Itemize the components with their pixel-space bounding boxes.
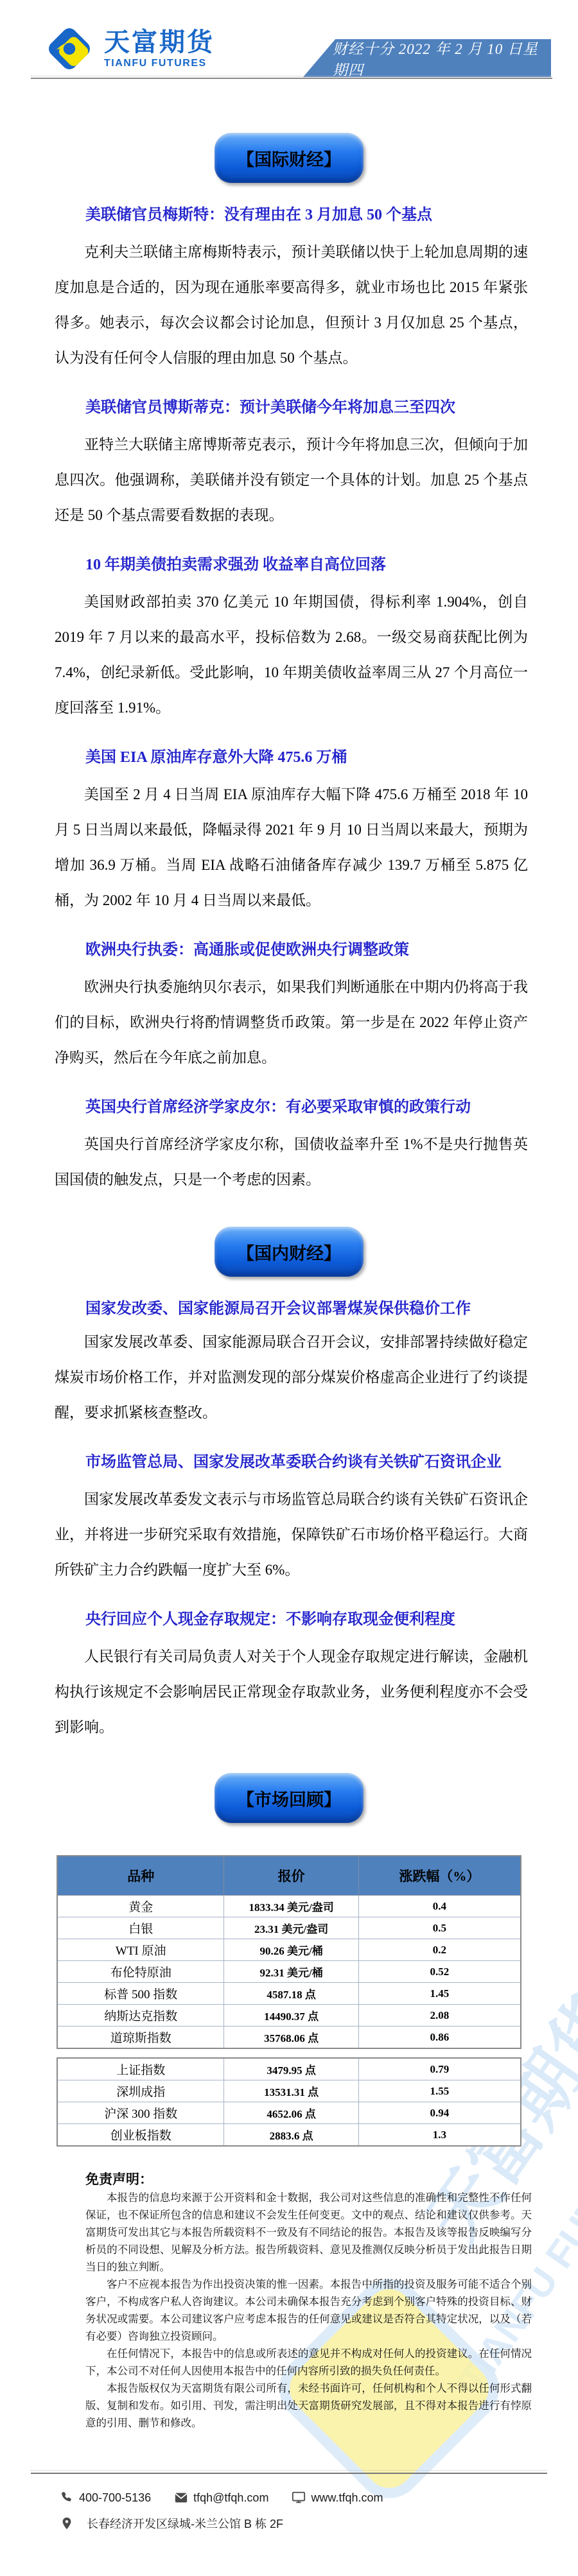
change: 0.4 [358, 1896, 521, 1917]
story-headline: 市场监管总局、国家发展改革委联合约谈有关铁矿石资讯企业 [55, 1449, 528, 1475]
issue-date-banner: 财经十分 2022 年 2 月 10 日星期四 [303, 39, 551, 77]
footer-divider [31, 2470, 547, 2474]
quote: 3479.95 点 [224, 2058, 358, 2080]
table-row: 纳斯达克指数 14490.37 点 2.08 [57, 2005, 521, 2027]
story-body: 亚特兰大联储主席博斯蒂克表示，预计今年将加息三次，但倾向于加息四次。他强调称，美… [55, 427, 528, 533]
story-body: 克利夫兰联储主席梅斯特表示，预计美联储以快于上轮加息周期的速度加息是合适的，因为… [55, 234, 528, 376]
change: 0.79 [358, 2058, 521, 2080]
newsletter-page: 天富期货 TIANFU FUTURES 天富期货 TIANFU FUTURES … [0, 0, 578, 2576]
section-market-review: 【市场回顾】 [215, 1773, 363, 1823]
story-domestic-1: 国家发改委、国家能源局召开会议部署煤炭保供稳价工作 国家发展改革委、国家能源局联… [55, 1296, 528, 1430]
section-intl-finance: 【国际财经】 [215, 133, 363, 183]
change: 0.5 [358, 1917, 521, 1939]
tianfu-logo-icon [42, 22, 96, 76]
disclaimer-title: 免责声明： [85, 2170, 532, 2189]
disclaimer-paragraph: 本报告版权仅为天富期货有限公司所有，未经书面许可，任何机构和个人不得以任何形式翻… [85, 2380, 532, 2432]
footer-email: tfqh@tfqh.com [174, 2491, 268, 2505]
footer-email-text: tfqh@tfqh.com [193, 2491, 268, 2505]
story-intl-1: 美联储官员梅斯特：没有理由在 3 月加息 50 个基点 克利夫兰联储主席梅斯特表… [55, 202, 528, 376]
story-headline: 央行回应个人现金存取规定：不影响存取现金便利程度 [55, 1607, 528, 1632]
header: 天富期货 TIANFU FUTURES 财经十分 2022 年 2 月 10 日… [0, 0, 578, 80]
section-domestic-finance: 【国内财经】 [215, 1227, 363, 1277]
change: 1.45 [358, 1983, 521, 2005]
table-row: 沪深 300 指数 4652.06 点 0.94 [57, 2102, 521, 2124]
table-header-row: 品种 报价 涨跌幅（%） [57, 1856, 521, 1896]
market-table-china: 上证指数 3479.95 点 0.79 深圳成指 13531.31 点 1.55… [57, 2057, 521, 2147]
quote: 4652.06 点 [224, 2102, 358, 2124]
footer-website: www.tfqh.com [292, 2491, 383, 2505]
variety: WTI 原油 [57, 1939, 224, 1961]
story-intl-4: 美国 EIA 原油库存意外大降 475.6 万桶 美国至 2 月 4 日当周 E… [55, 745, 528, 918]
change: 1.55 [358, 2080, 521, 2102]
col-header-change: 涨跌幅（%） [358, 1856, 521, 1896]
monitor-icon [292, 2491, 306, 2505]
col-header-quote: 报价 [224, 1856, 358, 1896]
table-row: 黄金 1833.34 美元/盎司 0.4 [57, 1896, 521, 1917]
table-row: 上证指数 3479.95 点 0.79 [57, 2058, 521, 2080]
footer-contacts: 400-700-5136 tfqh@tfqh.com www.tfqh.com [60, 2491, 547, 2505]
quote: 4587.18 点 [224, 1983, 358, 2005]
footer-website-text: www.tfqh.com [311, 2491, 383, 2505]
story-body: 美国至 2 月 4 日当周 EIA 原油库存大幅下降 475.6 万桶至 201… [55, 777, 528, 918]
quote: 35768.06 点 [224, 2027, 358, 2049]
table-row: 标普 500 指数 4587.18 点 1.45 [57, 1983, 521, 2005]
quote: 2883.6 点 [224, 2124, 358, 2147]
variety: 黄金 [57, 1896, 224, 1917]
quote: 92.31 美元/桶 [224, 1961, 358, 1983]
quote: 23.31 美元/盎司 [224, 1917, 358, 1939]
story-body: 美国财政部拍卖 370 亿美元 10 年期国债，得标利率 1.904%，创自 2… [55, 584, 528, 725]
market-table-global: 品种 报价 涨跌幅（%） 黄金 1833.34 美元/盎司 0.4 白银 23.… [57, 1855, 521, 2049]
story-headline: 英国央行首席经济学家皮尔：有必要采取审慎的政策行动 [55, 1094, 528, 1120]
logo-name-cn: 天富期货 [104, 30, 215, 55]
table-row: 创业板指数 2883.6 点 1.3 [57, 2124, 521, 2147]
footer: 400-700-5136 tfqh@tfqh.com www.tfqh.com [31, 2470, 547, 2532]
table-row: 深圳成指 13531.31 点 1.55 [57, 2080, 521, 2102]
company-logo: 天富期货 TIANFU FUTURES [42, 22, 215, 76]
story-headline: 美联储官员博斯蒂克：预计美联储今年将加息三至四次 [55, 395, 528, 420]
change: 0.86 [358, 2027, 521, 2049]
table-row: 白银 23.31 美元/盎司 0.5 [57, 1917, 521, 1939]
quote: 14490.37 点 [224, 2005, 358, 2027]
footer-address-text: 长春经济开发区绿城-米兰公馆 B 栋 2F [87, 2515, 283, 2532]
story-intl-5: 欧洲央行执委：高通胀或促使欧洲央行调整政策 欧洲央行执委施纳贝尔表示，如果我们判… [55, 937, 528, 1075]
footer-phone-text: 400-700-5136 [79, 2491, 151, 2505]
story-domestic-2: 市场监管总局、国家发展改革委联合约谈有关铁矿石资讯企业 国家发展改革委发文表示与… [55, 1449, 528, 1587]
disclaimer-paragraph: 客户不应视本报告为作出投资决策的惟一因素。本报告中所指的投资及服务可能不适合个别… [85, 2276, 532, 2345]
table-row: WTI 原油 90.26 美元/桶 0.2 [57, 1939, 521, 1961]
envelope-icon [174, 2491, 188, 2505]
story-body: 国家发展改革委发文表示与市场监管总局联合约谈有关铁矿石资讯企业，并将进一步研究采… [55, 1482, 528, 1587]
variety: 沪深 300 指数 [57, 2102, 224, 2124]
variety: 上证指数 [57, 2058, 224, 2080]
disclaimer-paragraph: 本报告的信息均来源于公开资料和金十数据，我公司对这些信息的准确性和完整性不作任何… [85, 2189, 532, 2276]
disclaimer-paragraph: 在任何情况下，本报告中的信息或所表述的意见并不构成对任何人的投资建议。在任何情况… [85, 2345, 532, 2380]
story-intl-3: 10 年期美债拍卖需求强劲 收益率自高位回落 美国财政部拍卖 370 亿美元 1… [55, 552, 528, 725]
variety: 创业板指数 [57, 2124, 224, 2147]
story-headline: 欧洲央行执委：高通胀或促使欧洲央行调整政策 [55, 937, 528, 963]
quote: 1833.34 美元/盎司 [224, 1896, 358, 1917]
change: 1.3 [358, 2124, 521, 2147]
change: 2.08 [358, 2005, 521, 2027]
logo-name-en: TIANFU FUTURES [104, 58, 215, 69]
quote: 90.26 美元/桶 [224, 1939, 358, 1961]
footer-address: 长春经济开发区绿城-米兰公馆 B 栋 2F [60, 2515, 547, 2532]
story-intl-6: 英国央行首席经济学家皮尔：有必要采取审慎的政策行动 英国央行首席经济学家皮尔称，… [55, 1094, 528, 1197]
story-intl-2: 美联储官员博斯蒂克：预计美联储今年将加息三至四次 亚特兰大联储主席博斯蒂克表示，… [55, 395, 528, 533]
quote: 13531.31 点 [224, 2080, 358, 2102]
story-body: 人民银行有关司局负责人对关于个人现金存取规定进行解读，金融机构执行该规定不会影响… [55, 1639, 528, 1745]
footer-phone: 400-700-5136 [60, 2491, 151, 2505]
story-body: 欧洲央行执委施纳贝尔表示，如果我们判断通胀在中期内仍将高于我们的目标，欧洲央行将… [55, 969, 528, 1075]
story-headline: 国家发改委、国家能源局召开会议部署煤炭保供稳价工作 [55, 1296, 528, 1322]
variety: 纳斯达克指数 [57, 2005, 224, 2027]
phone-icon [60, 2491, 74, 2505]
variety: 白银 [57, 1917, 224, 1939]
col-header-variety: 品种 [57, 1856, 224, 1896]
logo-text: 天富期货 TIANFU FUTURES [104, 30, 215, 69]
story-headline: 美国 EIA 原油库存意外大降 475.6 万桶 [55, 745, 528, 770]
variety: 布伦特原油 [57, 1961, 224, 1983]
change: 0.52 [358, 1961, 521, 1983]
location-pin-icon [60, 2516, 74, 2530]
disclaimer: 免责声明： 本报告的信息均来源于公开资料和金十数据，我公司对这些信息的准确性和完… [85, 2170, 532, 2432]
change: 0.2 [358, 1939, 521, 1961]
table-row: 道琼斯指数 35768.06 点 0.86 [57, 2027, 521, 2049]
story-domestic-3: 央行回应个人现金存取规定：不影响存取现金便利程度 人民银行有关司局负责人对关于个… [55, 1607, 528, 1745]
table-row: 布伦特原油 92.31 美元/桶 0.52 [57, 1961, 521, 1983]
story-headline: 美联储官员梅斯特：没有理由在 3 月加息 50 个基点 [55, 202, 528, 228]
variety: 深圳成指 [57, 2080, 224, 2102]
story-headline: 10 年期美债拍卖需求强劲 收益率自高位回落 [55, 552, 528, 578]
change: 0.94 [358, 2102, 521, 2124]
variety: 标普 500 指数 [57, 1983, 224, 2005]
variety: 道琼斯指数 [57, 2027, 224, 2049]
header-divider [31, 76, 552, 79]
story-body: 国家发展改革委、国家能源局联合召开会议，安排部署持续做好稳定煤炭市场价格工作，并… [55, 1324, 528, 1430]
story-body: 英国央行首席经济学家皮尔称，国债收益率升至 1%不是央行抛售英国国债的触发点，只… [55, 1127, 528, 1197]
